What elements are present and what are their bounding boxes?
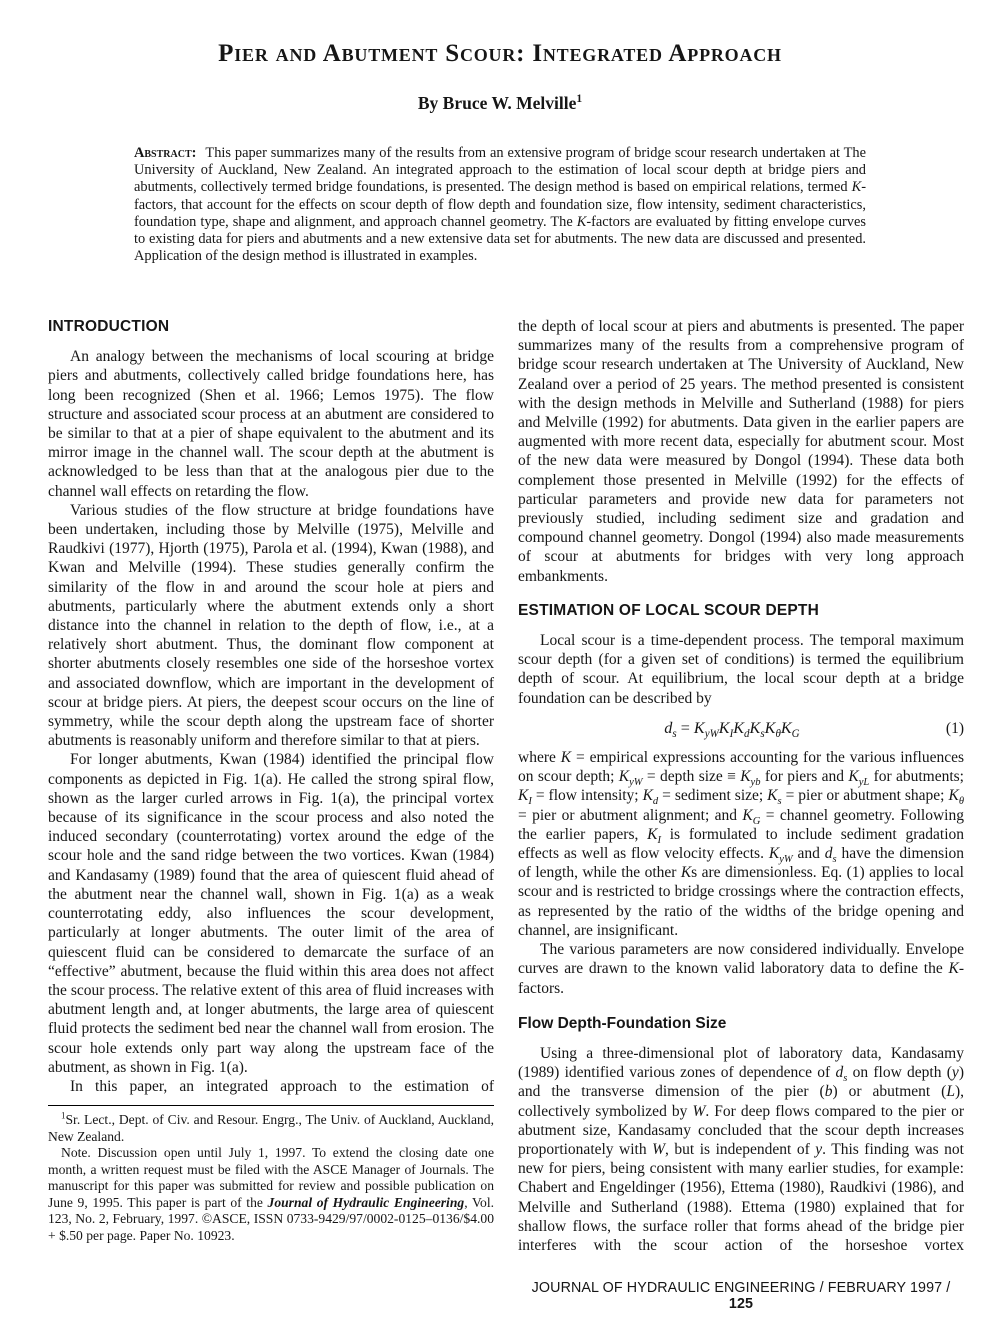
equation-math: ds = KyWKIKdKsKθKG <box>518 719 946 738</box>
journal-footer: JOURNAL OF HYDRAULIC ENGINEERING / FEBRU… <box>518 1280 964 1312</box>
abstract-text: This paper summarizes many of the result… <box>134 145 866 264</box>
right-column: the depth of local scour at piers and ab… <box>518 317 964 1255</box>
footnote-note: Note. Discussion open until July 1, 1997… <box>48 1145 494 1244</box>
paragraph-estimation-intro: Local scour is a time-dependent process.… <box>518 631 964 708</box>
paragraph-where-definitions: where K = empirical expressions accounti… <box>518 748 964 940</box>
subsection-heading-flow-depth: Flow Depth-Foundation Size <box>518 1014 964 1033</box>
paragraph-intro-2: Various studies of the flow structure at… <box>48 501 494 751</box>
section-heading-estimation: ESTIMATION OF LOCAL SCOUR DEPTH <box>518 601 964 620</box>
document-page: Pier and Abutment Scour: Integrated Appr… <box>0 0 1000 1332</box>
section-heading-introduction: INTRODUCTION <box>48 317 494 336</box>
left-column: INTRODUCTION An analogy between the mech… <box>48 317 494 1244</box>
footnote-affiliation: 1Sr. Lect., Dept. of Civ. and Resour. En… <box>48 1112 494 1145</box>
equation-number: (1) <box>946 719 964 738</box>
paragraph-intro-1: An analogy between the mechanisms of loc… <box>48 347 494 501</box>
paragraph-parameters: The various parameters are now considere… <box>518 940 964 998</box>
paragraph-continuation: the depth of local scour at piers and ab… <box>518 317 964 586</box>
equation-row: ds = KyWKIKdKsKθKG (1) <box>518 719 964 738</box>
paragraph-intro-4: In this paper, an integrated approach to… <box>48 1077 494 1096</box>
footnote-block: 1Sr. Lect., Dept. of Civ. and Resour. En… <box>48 1105 494 1244</box>
abstract-label: Abstract: <box>134 145 205 161</box>
paragraph-flow-depth: Using a three-dimensional plot of labora… <box>518 1044 964 1255</box>
author-line: By Bruce W. Melville1 <box>0 93 1000 114</box>
abstract-block: Abstract:This paper summarizes many of t… <box>134 145 866 265</box>
paragraph-intro-3: For longer abutments, Kwan (1984) identi… <box>48 750 494 1076</box>
paper-title: Pier and Abutment Scour: Integrated Appr… <box>0 0 1000 68</box>
